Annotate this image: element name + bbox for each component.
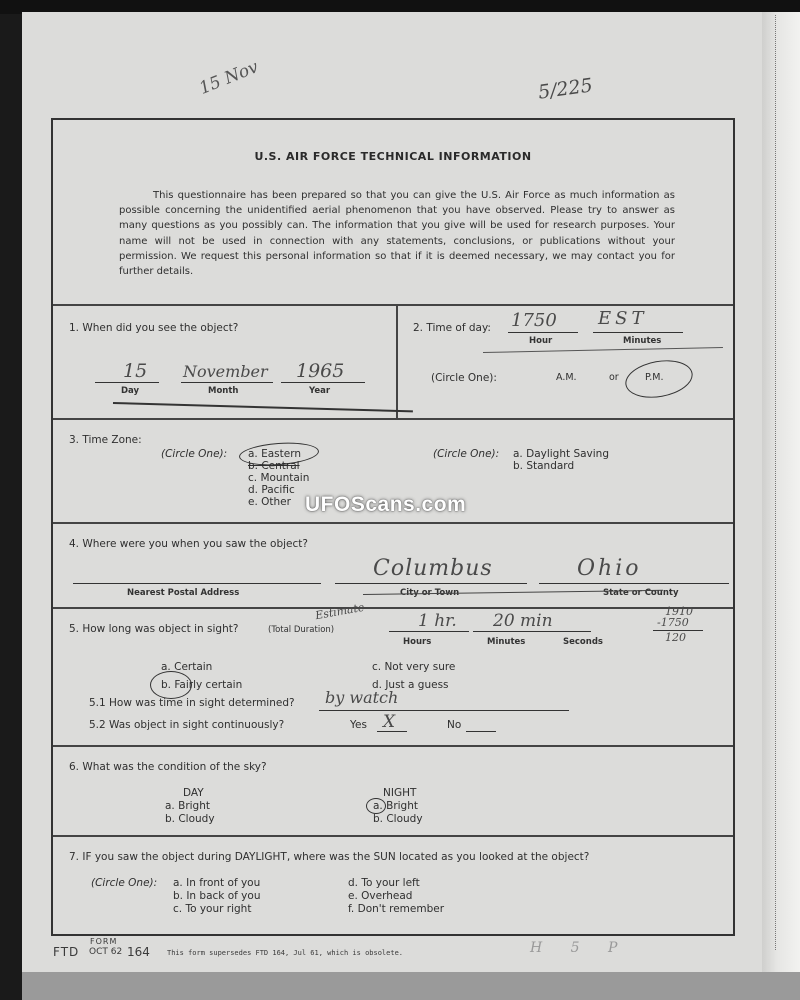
form-header: U.S. AIR FORCE TECHNICAL INFORMATION Thi… xyxy=(53,120,733,306)
q1-month-label: Month xyxy=(208,386,238,396)
form-date: OCT 62 xyxy=(89,947,122,957)
q1-month-value[interactable]: November xyxy=(183,362,268,381)
q3-circle-one-label: (Circle One): xyxy=(161,448,227,460)
q7-option-dont-remember[interactable]: f. Don't remember xyxy=(348,903,444,915)
q2-hour-label: Hour xyxy=(529,336,552,346)
q51-line xyxy=(319,710,569,711)
q6-day-bright[interactable]: a. Bright xyxy=(165,800,210,812)
q3-option-central[interactable]: b. Central xyxy=(248,460,300,472)
q3-dst-circle-one-label: (Circle One): xyxy=(433,448,499,460)
q7-option-back[interactable]: b. In back of you xyxy=(173,890,260,902)
q7-question: 7. IF you saw the object during DAYLIGHT… xyxy=(69,851,589,863)
q3-option-mountain[interactable]: c. Mountain xyxy=(248,472,309,484)
q2-hour-line xyxy=(508,332,578,333)
q3-option-other[interactable]: e. Other xyxy=(248,496,291,508)
form-supersedes-note: This form supersedes FTD 164, Jul 61, wh… xyxy=(167,949,403,957)
q5-hours-label: Hours xyxy=(403,637,431,647)
form-ftd: FTD xyxy=(53,945,79,959)
q4-address-label: Nearest Postal Address xyxy=(127,588,239,598)
q1-year-value[interactable]: 1965 xyxy=(296,360,344,382)
q52-no-label: No xyxy=(447,719,461,731)
q2-minutes-value[interactable]: EST xyxy=(598,308,647,329)
q6-day-header: DAY xyxy=(183,787,204,799)
q2-minutes-label: Minutes xyxy=(623,336,661,346)
q5-fairly-certain-circle-mark xyxy=(150,671,192,699)
form-word: FORM xyxy=(90,937,117,946)
q5-hours-line xyxy=(389,631,469,632)
q7-option-left[interactable]: d. To your left xyxy=(348,877,420,889)
q3-option-daylight-saving[interactable]: a. Daylight Saving xyxy=(513,448,609,460)
q52-question: 5.2 Was object in sight continuously? xyxy=(89,719,284,731)
section-duration: 5. How long was object in sight? (Total … xyxy=(53,609,733,747)
q1-day-label: Day xyxy=(121,386,139,396)
q2-question: 2. Time of day: xyxy=(413,322,491,334)
q4-city-value[interactable]: Columbus xyxy=(373,556,493,581)
q3-option-standard[interactable]: b. Standard xyxy=(513,460,574,472)
q6-night-cloudy[interactable]: b. Cloudy xyxy=(373,813,423,825)
q5-option-not-very-sure[interactable]: c. Not very sure xyxy=(372,661,455,673)
section-sun-location: 7. IF you saw the object during DAYLIGHT… xyxy=(53,837,733,934)
q1-day-line xyxy=(95,382,159,383)
q7-circle-one-label: (Circle One): xyxy=(91,877,157,889)
q1-day-value[interactable]: 15 xyxy=(123,360,147,382)
form-title: U.S. AIR FORCE TECHNICAL INFORMATION xyxy=(53,150,733,163)
form-number: 164 xyxy=(127,945,150,959)
section-divider xyxy=(396,306,398,418)
q5-total-duration-label: (Total Duration) xyxy=(268,625,334,635)
q2-handwritten-underline xyxy=(483,347,723,353)
questionnaire-form: U.S. AIR FORCE TECHNICAL INFORMATION Thi… xyxy=(51,118,735,936)
handwritten-bottom-note: H 5 P xyxy=(530,940,629,956)
q4-city-line xyxy=(335,583,527,584)
q5-question: 5. How long was object in sight? xyxy=(69,623,238,635)
form-intro: This questionnaire has been prepared so … xyxy=(119,188,675,279)
q1-year-line xyxy=(281,382,365,383)
q5-seconds-label: Seconds xyxy=(563,637,603,647)
section-date-time: 1. When did you see the object? 15 Day N… xyxy=(53,306,733,420)
q2-pm-circle-mark xyxy=(622,355,695,402)
q1-month-line xyxy=(181,382,273,383)
q5-calc-line2: -1750 xyxy=(657,616,689,629)
q51-value[interactable]: by watch xyxy=(325,688,398,707)
q52-no-line[interactable] xyxy=(466,731,496,732)
q2-am-option[interactable]: A.M. xyxy=(556,372,577,383)
q5-hours-value[interactable]: 1 hr. xyxy=(418,611,457,631)
q2-circle-one-label: (Circle One): xyxy=(431,372,497,384)
q3-question: 3. Time Zone: xyxy=(69,434,142,446)
section-location: 4. Where were you when you saw the objec… xyxy=(53,524,733,609)
q5-calc-result: 120 xyxy=(665,631,686,644)
q5-seconds-line[interactable] xyxy=(531,631,591,632)
q4-question: 4. Where were you when you saw the objec… xyxy=(69,538,308,550)
q5-minutes-label: Minutes xyxy=(487,637,525,647)
page-edge-shadow xyxy=(762,12,800,992)
section-sky-condition: 6. What was the condition of the sky? DA… xyxy=(53,747,733,837)
q7-option-right[interactable]: c. To your right xyxy=(173,903,251,915)
q52-yes-label: Yes xyxy=(350,719,367,731)
q7-option-front[interactable]: a. In front of you xyxy=(173,877,260,889)
q3-option-pacific[interactable]: d. Pacific xyxy=(248,484,295,496)
scan-bottom-border xyxy=(22,972,800,1000)
q4-state-line xyxy=(539,583,729,584)
q4-address-line[interactable] xyxy=(73,583,321,584)
q6-night-bright-circle-mark xyxy=(366,798,386,814)
q1-year-label: Year xyxy=(309,386,330,396)
q52-yes-value[interactable]: X xyxy=(383,712,395,732)
q4-state-value[interactable]: Ohio xyxy=(577,556,642,581)
q1-handwritten-underline xyxy=(113,402,413,412)
site-watermark: UFOScans.com xyxy=(305,493,466,517)
q6-day-cloudy[interactable]: b. Cloudy xyxy=(165,813,215,825)
q51-question: 5.1 How was time in sight determined? xyxy=(89,697,295,709)
q52-yes-line xyxy=(377,731,407,732)
q6-question: 6. What was the condition of the sky? xyxy=(69,761,267,773)
intro-text: This questionnaire has been prepared so … xyxy=(119,190,675,277)
q1-question: 1. When did you see the object? xyxy=(69,322,238,334)
q2-or-label: or xyxy=(609,372,619,383)
q6-night-header: NIGHT xyxy=(383,787,416,799)
q2-minutes-line xyxy=(593,332,683,333)
q5-minutes-value[interactable]: 20 min xyxy=(493,611,553,631)
q2-hour-value[interactable]: 1750 xyxy=(511,310,557,331)
q7-option-overhead[interactable]: e. Overhead xyxy=(348,890,412,902)
perforation-line xyxy=(775,15,777,950)
